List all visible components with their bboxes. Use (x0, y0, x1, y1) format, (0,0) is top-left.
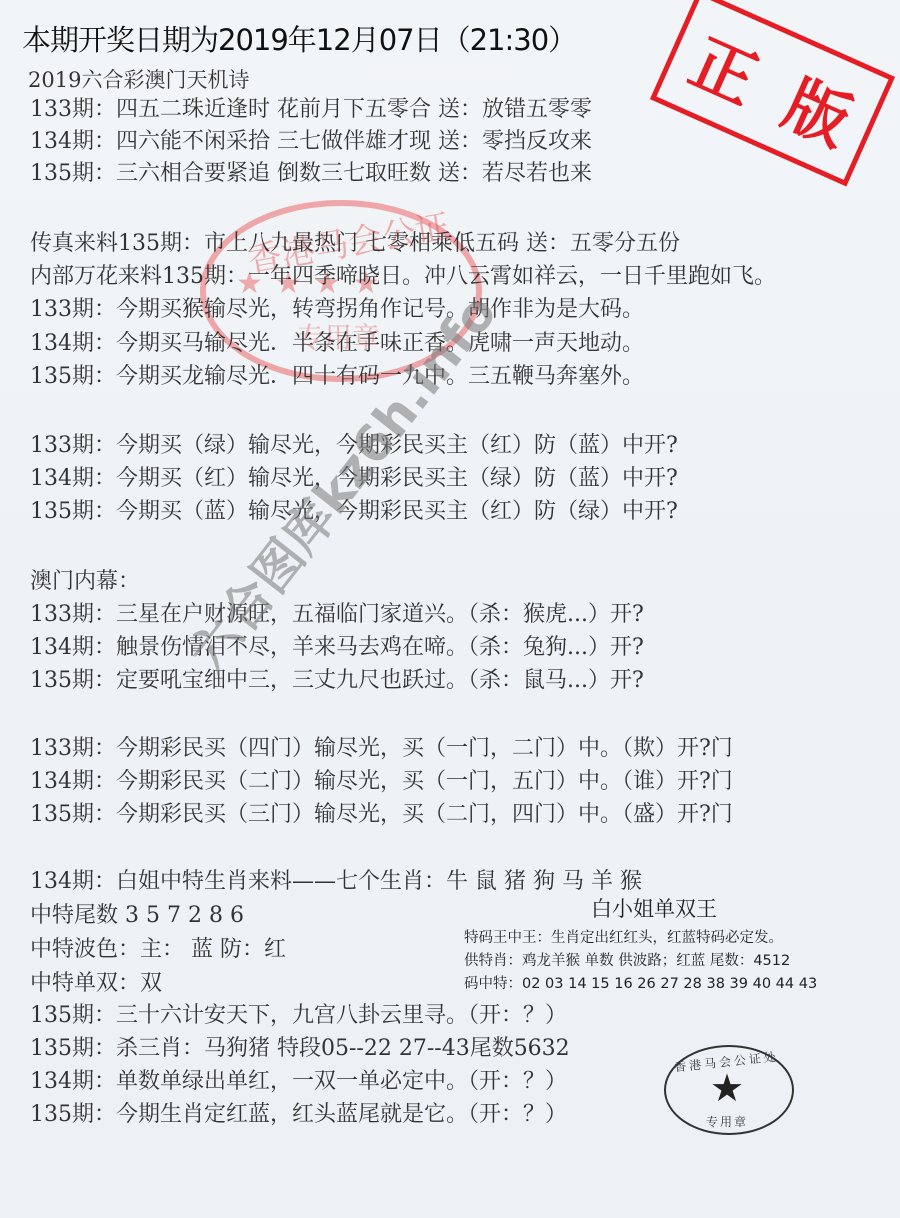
final-line-4: 135期：今期生肖定红蓝，红头蓝尾就是它。（开：？） (30, 1097, 567, 1128)
page-background: 本期开奖日期为2019年12月07日（21:30） 2019六合彩澳门天机诗 香… (0, 0, 900, 1218)
stamp-char: 版 (771, 54, 867, 164)
zhengban-stamp: 正 版 (650, 0, 895, 187)
door-line-134: 134期：今期彩民买（二门）输尽光，买（一门，五门）中。（谁）开?门 (30, 764, 733, 795)
zodiac-hint-133: 133期：今期买猴输尽光，转弯拐角作记号。胡作非为是大码。 (30, 292, 644, 323)
final-line-2: 135期：杀三肖：马狗猪 特段05--22 27--43尾数5632 (30, 1031, 570, 1062)
macau-line-134: 134期：触景伤情泪不尽，羊来马去鸡在啼。（杀：兔狗...）开? (30, 630, 644, 661)
zodiac-hint-135: 135期：今期买龙输尽光．四十有码一九中。三五鞭马奔塞外。 (30, 359, 644, 390)
poem-line-133: 133期：四五二珠近逢时 花前月下五零合 送：放错五零零 (30, 92, 592, 123)
final-line-1: 135期：三十六计安天下，九宫八卦云里寻。（开：？） (30, 998, 567, 1029)
fax-line: 传真来料135期：市上八九最热门 七零相乘低五码 送：五零分五份 (30, 226, 680, 257)
draw-date-title: 本期开奖日期为2019年12月07日（21:30） (22, 18, 576, 59)
final-line-3: 134期：单数单绿出单红，一双一单必定中。（开：？） (30, 1064, 567, 1095)
color-line-135: 135期：今期买（蓝）输尽光，今期彩民买主（红）防（绿）中开? (30, 494, 678, 525)
wave-color: 中特波色：主： 蓝 防：红 (30, 932, 286, 963)
box-row: 特码王中王：生肖定出红红头，红蓝特码必定发。 (464, 927, 884, 950)
oval-seal-bottom-text: 专用章 (706, 1113, 748, 1130)
macau-line-133: 133期：三星在户财源旺，五福临门家道兴。（杀：猴虎...）开? (30, 597, 644, 628)
macau-line-135: 135期：定要吼宝细中三，三丈九尺也跃过。（杀：鼠马...）开? (30, 663, 644, 694)
zodiac-line: 134期：白姐中特生肖来料——七个生肖：牛 鼠 猪 狗 马 羊 猴 (30, 864, 642, 895)
poem-line-134: 134期：四六能不闲采拾 三七做伴雄才现 送：零挡反攻来 (30, 124, 592, 155)
oval-seal: 香港马会公证处 ★ 专用章 (664, 1045, 794, 1135)
subtitle: 2019六合彩澳门天机诗 (28, 64, 249, 94)
color-line-134: 134期：今期买（红）输尽光，今期彩民买主（绿）防（蓝）中开? (30, 461, 678, 492)
door-line-135: 135期：今期彩民买（三门）输尽光，买（二门，四门）中。（盛）开?门 (30, 797, 733, 828)
internal-line: 内部万花来料135期：一年四季啼晓日。冲八云霄如祥云，一日千里跑如飞。 (30, 259, 776, 290)
macau-inside-heading: 澳门内幕： (30, 564, 140, 595)
star-icon: ★ (710, 1069, 744, 1107)
box-row: 供特肖：鸡龙羊猴 单数 供波路；红蓝 尾数：4512 (464, 950, 884, 973)
poem-line-135: 135期：三六相合要紧追 倒数三七取旺数 送：若尽若也来 (30, 156, 592, 187)
zodiac-hint-134: 134期：今期买马输尽光．半条在手味正香。虎啸一声天地动。 (30, 326, 644, 357)
door-line-133: 133期：今期彩民买（四门）输尽光，买（一门，二门）中。（欺）开?门 (30, 731, 733, 762)
stamp-char: 正 (678, 12, 774, 122)
box-row: 码中特：02 03 14 15 16 26 27 28 38 39 40 44 … (464, 973, 884, 996)
odd-even: 中特单双：双 (30, 966, 162, 997)
color-line-133: 133期：今期买（绿）输尽光，今期彩民买主（红）防（蓝）中开? (30, 428, 678, 459)
box-title: 白小姐单双王 (424, 893, 884, 923)
bai-xiaojie-box: 白小姐单双王 特码王中王：生肖定出红红头，红蓝特码必定发。 供特肖：鸡龙羊猴 单… (464, 893, 884, 996)
tail-numbers: 中特尾数 3 5 7 2 8 6 (30, 898, 244, 929)
